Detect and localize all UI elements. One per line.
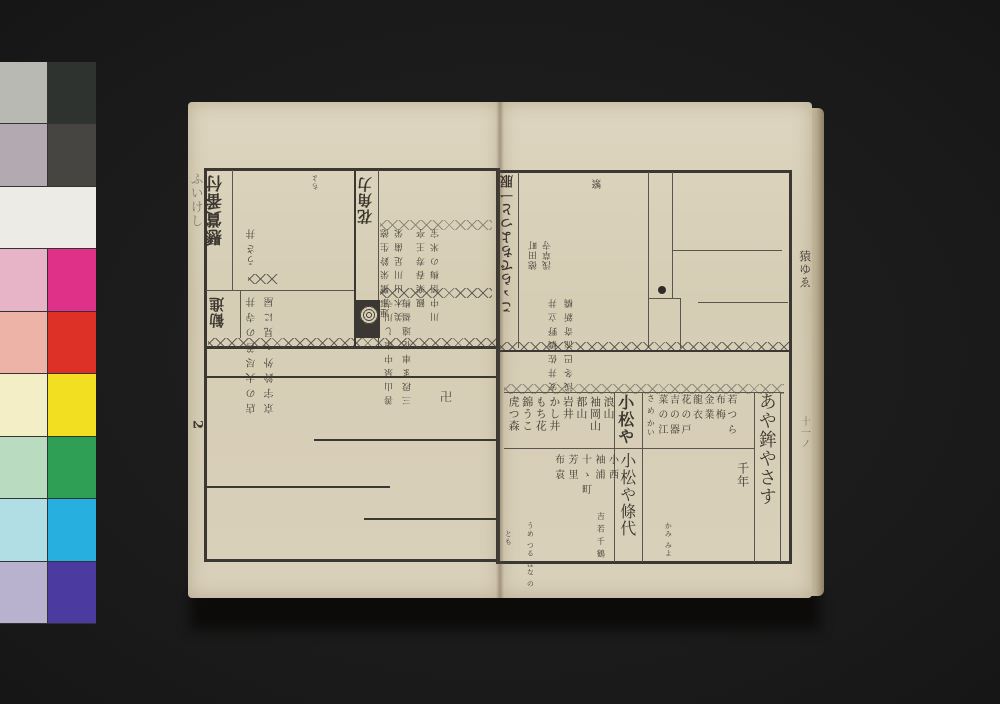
name-entry: もち花 <box>535 396 547 446</box>
row-rule <box>672 250 782 251</box>
row-rule <box>504 448 642 449</box>
row-rule <box>698 302 788 303</box>
margin-page-mark: 2 <box>190 420 204 430</box>
name-entry: かし井 <box>548 396 560 446</box>
name-entry: 芳 里 <box>566 454 577 514</box>
row-rule <box>504 392 784 393</box>
name-entry: 浪山 <box>602 396 614 446</box>
row-rule <box>642 448 754 449</box>
name-entry: 吉 の 器 <box>667 394 678 448</box>
color-patch <box>0 562 47 624</box>
name-entry: 安 井 佐 橋 野 立 井 <box>550 298 559 391</box>
color-patch <box>0 312 47 374</box>
column-rule <box>672 172 673 298</box>
signboard-text: あや鉾やさす <box>756 392 775 506</box>
small-note: うめ つる はな の <box>526 522 533 588</box>
color-calibration-chart <box>0 62 96 624</box>
bottom-line: 三 段 ま 車 花 遠 福 梅 <box>404 298 413 405</box>
right-names-group: 浪山 袖岡山 都山 岩井 かし井 もち花 錦うこ 虎つ森 <box>506 396 614 446</box>
family-crest-icon <box>358 304 380 326</box>
column-rule <box>648 172 649 348</box>
name-entry: 若 つ ら <box>724 394 735 448</box>
name-entry: 布 梅 <box>713 394 724 448</box>
row-rule <box>648 298 680 299</box>
color-patch <box>0 499 47 561</box>
name-entry: 徳田町 <box>530 240 539 270</box>
left-names-group: 若 つ ら 布 梅 金 業 龍 衣 花 の 戸 吉 の 器 菜 の 江 さ め … <box>646 394 735 448</box>
row-rule <box>204 486 390 488</box>
name-entry: 虎つ森 <box>508 396 520 446</box>
name-entry: さ め かい <box>646 394 654 448</box>
lower-left-line: 店 の 大 尽 善 の 寺 井 <box>248 296 259 413</box>
color-patch <box>47 562 96 624</box>
center-title-top: 小松や <box>616 394 633 445</box>
name-entry: 小 西 <box>606 454 617 514</box>
name-entry: 十 ゝ 町 <box>579 454 590 514</box>
row-rule <box>206 290 356 291</box>
name-entry: 錦うこ <box>521 396 533 446</box>
center-title-bottom: 小松や條代 <box>618 452 635 537</box>
column-rule <box>642 392 643 562</box>
color-patch <box>47 312 96 374</box>
column-rule <box>518 172 519 348</box>
zigzag-border <box>248 274 278 284</box>
right-title-column: こゝらでちよつと一服 <box>502 174 516 314</box>
color-patch <box>0 124 47 186</box>
color-patch <box>0 187 96 249</box>
color-patch <box>47 249 96 311</box>
color-patch <box>47 374 96 436</box>
color-patch <box>0 249 47 311</box>
signboard-note: 千年 <box>736 462 749 488</box>
name-entry: 龍 衣 <box>690 394 701 448</box>
lower-left-line: 京 宇 鈴 外 へ 見 に 屋 <box>266 296 277 413</box>
center-line: 観 楽 春 寿 王 亭 <box>418 228 427 307</box>
column-rule <box>232 170 233 290</box>
book-gutter <box>496 102 504 598</box>
row-rule <box>314 439 500 441</box>
left-title-column: 懸賞番付 <box>208 174 226 246</box>
name-entry: 浅 冬 巴 流 奇 新 橋 <box>566 298 575 391</box>
upper-note: ちよ <box>312 174 319 190</box>
name-entry: 花 の 戸 <box>678 394 689 448</box>
color-patch <box>47 499 96 561</box>
column-rule <box>680 298 681 348</box>
center-line: 川 中 悟 梅 の 米 宝 <box>432 228 441 321</box>
column-rule <box>780 392 781 562</box>
side-names: うさ 井 <box>248 228 259 265</box>
color-patch <box>0 437 47 499</box>
center-heading: 花角力 <box>358 176 374 224</box>
edge-text-top: 猿ゆゑ <box>798 250 811 289</box>
column-rule <box>754 392 755 562</box>
column-rule <box>240 290 241 338</box>
right-page: こゝらでちよつと一服 繁 徳田町 浅草寺 安 井 佐 橋 野 立 井 浅 冬 巴… <box>500 102 812 598</box>
margin-text: ふいけし <box>188 172 202 228</box>
name-entry: 菜 の 江 <box>655 394 666 448</box>
name-entry: 岩井 <box>562 396 574 446</box>
color-patch <box>47 62 96 124</box>
name-entry: 袖岡山 <box>589 396 601 446</box>
open-book: ふいけし 2 懸賞番付 ちよ うさ 井 花角力 連事 驚 栄 鈴 生 徳 美 木… <box>188 102 824 598</box>
panel-divider <box>496 350 792 352</box>
lower-left-heading: 勧進 <box>210 296 226 328</box>
small-note: とも <box>504 530 511 546</box>
name-entry: 都山 <box>575 396 587 446</box>
ink-dot <box>658 286 666 294</box>
edge-text-bottom: 十一ノ <box>798 416 809 449</box>
name-entry: 袖 浦 <box>593 454 604 514</box>
mid-names-group: 小 西 袖 浦 十 ゝ 町 芳 里 布 袁 <box>552 454 617 514</box>
upper-note: 繁 <box>594 178 605 189</box>
print-frame <box>496 170 792 564</box>
print-mark: 卍 <box>440 388 452 405</box>
color-patch <box>0 62 47 124</box>
bottom-line: 善 山 泉 中 車 し 川 寺 <box>386 298 395 405</box>
name-entry: 金 業 <box>701 394 712 448</box>
left-page: ふいけし 2 懸賞番付 ちよ うさ 井 花角力 連事 驚 栄 鈴 生 徳 美 木… <box>188 102 500 598</box>
row-rule <box>204 376 500 378</box>
name-entry: 浅草寺 <box>544 240 553 270</box>
small-note: 吉 若 千 鶴 <box>596 512 604 559</box>
color-patch <box>47 124 96 186</box>
small-note: かみ みよ <box>664 522 671 557</box>
color-patch <box>0 374 47 436</box>
name-entry: 布 袁 <box>552 454 563 514</box>
color-patch <box>47 437 96 499</box>
row-rule <box>364 518 498 520</box>
